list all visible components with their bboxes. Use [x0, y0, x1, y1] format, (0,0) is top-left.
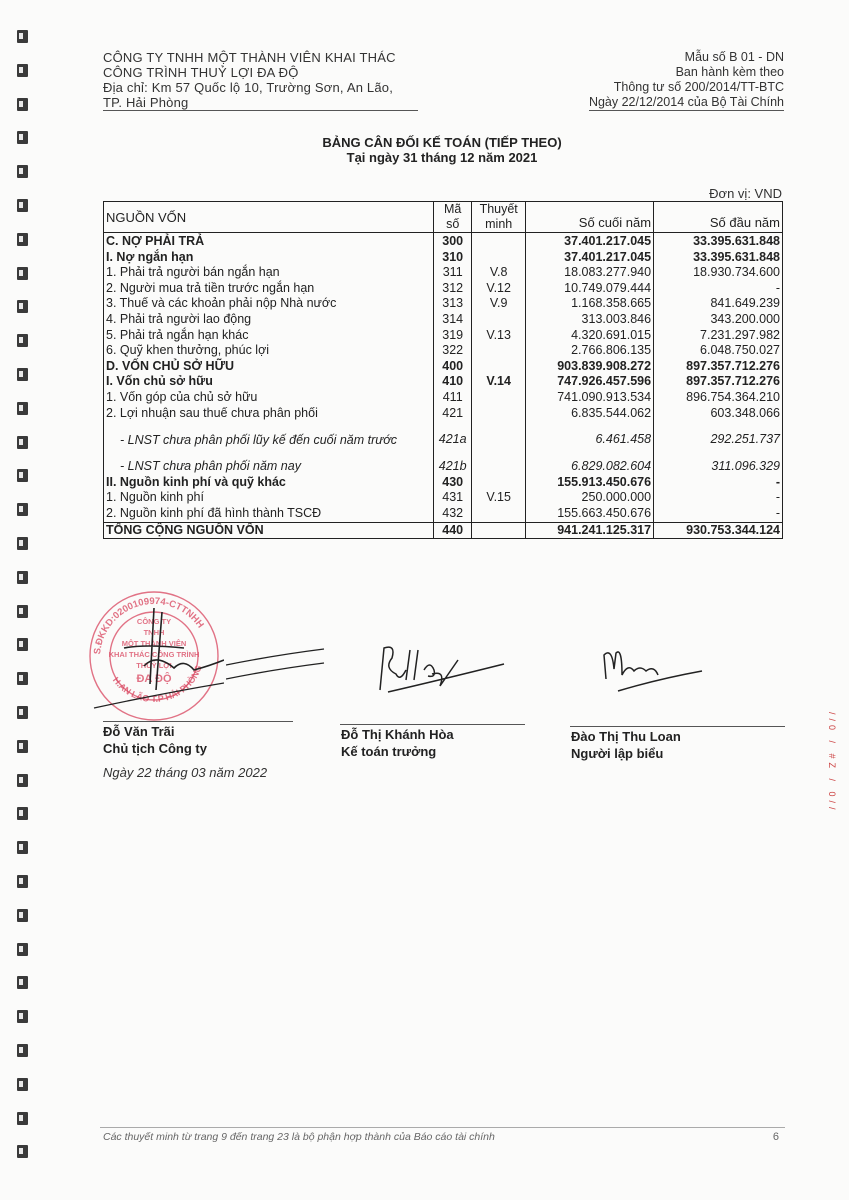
row-label: 1. Phải trả người bán ngắn hạn: [104, 265, 434, 281]
row-code: 400: [434, 359, 472, 375]
row-label: 3. Thuế và các khoản phải nộp Nhà nước: [104, 296, 434, 312]
signatory-name: Đào Thị Thu Loan: [571, 728, 681, 745]
table-row: 1. Nguồn kinh phí431V.15250.000.000-: [104, 490, 783, 506]
binding-hole: [17, 402, 28, 415]
row-code: 431: [434, 490, 472, 506]
row-start-year-value: -: [654, 490, 783, 506]
table-row: 5. Phải trả ngắn hạn khác319V.134.320.69…: [104, 328, 783, 344]
row-code: 311: [434, 265, 472, 281]
binding-hole: [17, 1010, 28, 1023]
row-end-year-value: 37.401.217.045: [526, 250, 654, 266]
table-row: - LNST chưa phân phối lũy kế đến cuối nă…: [104, 421, 783, 459]
header-name: NGUỒN VỐN: [104, 202, 434, 233]
row-note: [472, 475, 526, 491]
row-code: 300: [434, 233, 472, 250]
table-row: C. NỢ PHẢI TRẢ30037.401.217.04533.395.63…: [104, 233, 783, 250]
binding-holes: [17, 0, 31, 1200]
report-subtitle: Tại ngày 31 tháng 12 năm 2021: [0, 150, 849, 165]
company-seal: S.ĐKKD:0200109974-CTTNHH H.AN LÃO T.P HẢ…: [84, 588, 224, 723]
row-note: [472, 343, 526, 359]
row-code: 430: [434, 475, 472, 491]
row-code: 410: [434, 374, 472, 390]
table-row: 6. Quỹ khen thưởng, phúc lợi3222.766.806…: [104, 343, 783, 359]
binding-hole: [17, 1044, 28, 1057]
binding-hole: [17, 841, 28, 854]
row-note: [472, 390, 526, 406]
signatory-chairman: Đỗ Văn Trãi Chủ tịch Công ty: [103, 723, 207, 757]
row-start-year-value: 603.348.066: [654, 406, 783, 422]
company-address-line1: Địa chỉ: Km 57 Quốc lộ 10, Trường Sơn, A…: [103, 80, 418, 95]
row-code: 310: [434, 250, 472, 266]
form-date: Ngày 22/12/2014 của Bộ Tài Chính: [589, 95, 784, 111]
signatory-name: Đỗ Thị Khánh Hòa: [341, 726, 454, 743]
signature-chairman-tail: [226, 645, 326, 685]
page-number: 6: [773, 1131, 779, 1143]
row-code: 312: [434, 281, 472, 297]
row-label: 1. Nguồn kinh phí: [104, 490, 434, 506]
binding-hole: [17, 537, 28, 550]
row-end-year-value: 2.766.806.135: [526, 343, 654, 359]
binding-hole: [17, 774, 28, 787]
table-row: TỔNG CỘNG NGUỒN VỐN440941.241.125.317930…: [104, 522, 783, 539]
binding-hole: [17, 300, 28, 313]
row-start-year-value: 18.930.734.600: [654, 265, 783, 281]
row-note: V.8: [472, 265, 526, 281]
margin-stamp-mark: //0 / #Z / 0//: [827, 712, 837, 814]
binding-hole: [17, 875, 28, 888]
row-start-year-value: 343.200.000: [654, 312, 783, 328]
signatory-title: Kế toán trưởng: [341, 743, 454, 760]
row-note: [472, 359, 526, 375]
binding-hole: [17, 909, 28, 922]
row-code: 432: [434, 506, 472, 522]
table-header-row: NGUỒN VỐN Mãsố Thuyếtminh Số cuối năm Số…: [104, 202, 783, 233]
table-row: - LNST chưa phân phối năm nay421b6.829.0…: [104, 459, 783, 475]
sign-date: Ngày 22 tháng 03 năm 2022: [103, 765, 267, 780]
binding-hole: [17, 1078, 28, 1091]
row-label: 2. Lợi nhuận sau thuế chưa phân phối: [104, 406, 434, 422]
row-start-year-value: 33.395.631.848: [654, 233, 783, 250]
binding-hole: [17, 368, 28, 381]
row-end-year-value: 155.663.450.676: [526, 506, 654, 522]
row-end-year-value: 1.168.358.665: [526, 296, 654, 312]
row-label: TỔNG CỘNG NGUỒN VỐN: [104, 522, 434, 539]
row-code: 314: [434, 312, 472, 328]
row-label: 1. Vốn góp của chủ sở hữu: [104, 390, 434, 406]
binding-hole: [17, 1145, 28, 1158]
row-label: 5. Phải trả ngắn hạn khác: [104, 328, 434, 344]
row-note: V.15: [472, 490, 526, 506]
binding-hole: [17, 807, 28, 820]
table-row: 2. Nguồn kinh phí đã hình thành TSCĐ4321…: [104, 506, 783, 522]
row-note: [472, 250, 526, 266]
signature-line-chief-accountant: [340, 724, 525, 725]
row-note: [472, 421, 526, 459]
binding-hole: [17, 165, 28, 178]
binding-hole: [17, 638, 28, 651]
row-start-year-value: -: [654, 475, 783, 491]
row-label: I. Nợ ngắn hạn: [104, 250, 434, 266]
binding-hole: [17, 30, 28, 43]
form-issued-with: Ban hành kèm theo: [589, 65, 784, 80]
row-end-year-value: 903.839.908.272: [526, 359, 654, 375]
row-start-year-value: 311.096.329: [654, 459, 783, 475]
row-note: [472, 312, 526, 328]
row-note: V.14: [472, 374, 526, 390]
row-note: [472, 459, 526, 475]
row-start-year-value: -: [654, 281, 783, 297]
table-row: 1. Vốn góp của chủ sở hữu411741.090.913.…: [104, 390, 783, 406]
binding-hole: [17, 334, 28, 347]
row-code: 411: [434, 390, 472, 406]
binding-hole: [17, 976, 28, 989]
row-note: [472, 506, 526, 522]
row-end-year-value: 313.003.846: [526, 312, 654, 328]
company-address-line2: TP. Hải Phòng: [103, 95, 418, 111]
binding-hole: [17, 672, 28, 685]
signatory-title: Người lập biểu: [571, 745, 681, 762]
svg-text:KHAI THÁC CÔNG TRÌNH: KHAI THÁC CÔNG TRÌNH: [109, 650, 200, 659]
row-note: [472, 233, 526, 250]
row-label: II. Nguồn kinh phí và quỹ khác: [104, 475, 434, 491]
table-row: 2. Lợi nhuận sau thuế chưa phân phối4216…: [104, 406, 783, 422]
binding-hole: [17, 605, 28, 618]
binding-hole: [17, 503, 28, 516]
company-name-line2: CÔNG TRÌNH THUỶ LỢI ĐA ĐỘ: [103, 65, 418, 80]
header-code: Mãsố: [434, 202, 472, 233]
report-title: BẢNG CÂN ĐỐI KẾ TOÁN (TIẾP THEO): [0, 135, 849, 150]
row-note: [472, 406, 526, 422]
form-circular: Thông tư số 200/2014/TT-BTC: [589, 80, 784, 95]
row-start-year-value: 897.357.712.276: [654, 374, 783, 390]
row-note: [472, 522, 526, 539]
table-row: D. VỐN CHỦ SỞ HỮU400903.839.908.272897.3…: [104, 359, 783, 375]
row-label: 6. Quỹ khen thưởng, phúc lợi: [104, 343, 434, 359]
row-code: 421: [434, 406, 472, 422]
table-row: 3. Thuế và các khoản phải nộp Nhà nước31…: [104, 296, 783, 312]
row-end-year-value: 6.835.544.062: [526, 406, 654, 422]
header-end-year: Số cuối năm: [526, 202, 654, 233]
row-code: 421a: [434, 421, 472, 459]
row-note: V.9: [472, 296, 526, 312]
row-note: V.13: [472, 328, 526, 344]
binding-hole: [17, 64, 28, 77]
signatory-preparer: Đào Thị Thu Loan Người lập biểu: [571, 728, 681, 762]
table-row: I. Vốn chủ sở hữu410V.14747.926.457.5968…: [104, 374, 783, 390]
row-end-year-value: 18.083.277.940: [526, 265, 654, 281]
row-label: C. NỢ PHẢI TRẢ: [104, 233, 434, 250]
row-label: 2. Nguồn kinh phí đã hình thành TSCĐ: [104, 506, 434, 522]
binding-hole: [17, 469, 28, 482]
row-start-year-value: 841.649.239: [654, 296, 783, 312]
row-end-year-value: 37.401.217.045: [526, 233, 654, 250]
row-code: 322: [434, 343, 472, 359]
row-label: 4. Phải trả người lao động: [104, 312, 434, 328]
balance-sheet-table: NGUỒN VỐN Mãsố Thuyếtminh Số cuối năm Số…: [103, 201, 783, 539]
binding-hole: [17, 706, 28, 719]
row-start-year-value: 7.231.297.982: [654, 328, 783, 344]
binding-hole: [17, 267, 28, 280]
row-code: 440: [434, 522, 472, 539]
binding-hole: [17, 1112, 28, 1125]
row-start-year-value: 897.357.712.276: [654, 359, 783, 375]
signature-line-preparer: [570, 726, 785, 727]
company-name-line1: CÔNG TY TNHH MỘT THÀNH VIÊN KHAI THÁC: [103, 50, 418, 65]
table-row: 4. Phải trả người lao động314313.003.846…: [104, 312, 783, 328]
row-label: I. Vốn chủ sở hữu: [104, 374, 434, 390]
row-label: - LNST chưa phân phối năm nay: [104, 459, 434, 475]
footer-note: Các thuyết minh từ trang 9 đến trang 23 …: [103, 1131, 495, 1143]
row-start-year-value: 896.754.364.210: [654, 390, 783, 406]
row-start-year-value: 930.753.344.124: [654, 522, 783, 539]
table-row: 2. Người mua trả tiền trước ngắn hạn312V…: [104, 281, 783, 297]
signature-chief-accountant: [370, 640, 510, 695]
row-end-year-value: 4.320.691.015: [526, 328, 654, 344]
row-code: 313: [434, 296, 472, 312]
signature-preparer: [598, 645, 708, 695]
table-row: 1. Phải trả người bán ngắn hạn311V.818.0…: [104, 265, 783, 281]
table-row: II. Nguồn kinh phí và quỹ khác430155.913…: [104, 475, 783, 491]
signature-line-chairman: [103, 721, 293, 722]
row-end-year-value: 6.461.458: [526, 421, 654, 459]
row-start-year-value: 6.048.750.027: [654, 343, 783, 359]
table-row: I. Nợ ngắn hạn31037.401.217.04533.395.63…: [104, 250, 783, 266]
signatory-title: Chủ tịch Công ty: [103, 740, 207, 757]
report-title-block: BẢNG CÂN ĐỐI KẾ TOÁN (TIẾP THEO) Tại ngà…: [0, 135, 849, 165]
row-label: - LNST chưa phân phối lũy kế đến cuối nă…: [104, 421, 434, 459]
row-code: 421b: [434, 459, 472, 475]
currency-unit: Đơn vị: VND: [709, 186, 782, 201]
row-end-year-value: 741.090.913.534: [526, 390, 654, 406]
signatory-chief-accountant: Đỗ Thị Khánh Hòa Kế toán trưởng: [341, 726, 454, 760]
table-body: C. NỢ PHẢI TRẢ30037.401.217.04533.395.63…: [104, 233, 783, 539]
svg-text:ĐA ĐỘ: ĐA ĐỘ: [136, 672, 171, 685]
row-note: V.12: [472, 281, 526, 297]
form-code: Mẫu số B 01 - DN: [589, 50, 784, 65]
header-note: Thuyếtminh: [472, 202, 526, 233]
row-start-year-value: -: [654, 506, 783, 522]
binding-hole: [17, 233, 28, 246]
row-end-year-value: 250.000.000: [526, 490, 654, 506]
company-header: CÔNG TY TNHH MỘT THÀNH VIÊN KHAI THÁC CÔ…: [103, 50, 418, 111]
binding-hole: [17, 436, 28, 449]
row-end-year-value: 941.241.125.317: [526, 522, 654, 539]
binding-hole: [17, 943, 28, 956]
signatory-name: Đỗ Văn Trãi: [103, 723, 207, 740]
binding-hole: [17, 571, 28, 584]
binding-hole: [17, 199, 28, 212]
row-start-year-value: 33.395.631.848: [654, 250, 783, 266]
binding-hole: [17, 98, 28, 111]
row-label: D. VỐN CHỦ SỞ HỮU: [104, 359, 434, 375]
row-end-year-value: 155.913.450.676: [526, 475, 654, 491]
row-end-year-value: 6.829.082.604: [526, 459, 654, 475]
binding-hole: [17, 740, 28, 753]
footer-divider: [100, 1127, 785, 1128]
row-label: 2. Người mua trả tiền trước ngắn hạn: [104, 281, 434, 297]
header-start-year: Số đầu năm: [654, 202, 783, 233]
row-end-year-value: 10.749.079.444: [526, 281, 654, 297]
row-code: 319: [434, 328, 472, 344]
form-header: Mẫu số B 01 - DN Ban hành kèm theo Thông…: [589, 50, 784, 111]
row-end-year-value: 747.926.457.596: [526, 374, 654, 390]
row-start-year-value: 292.251.737: [654, 421, 783, 459]
